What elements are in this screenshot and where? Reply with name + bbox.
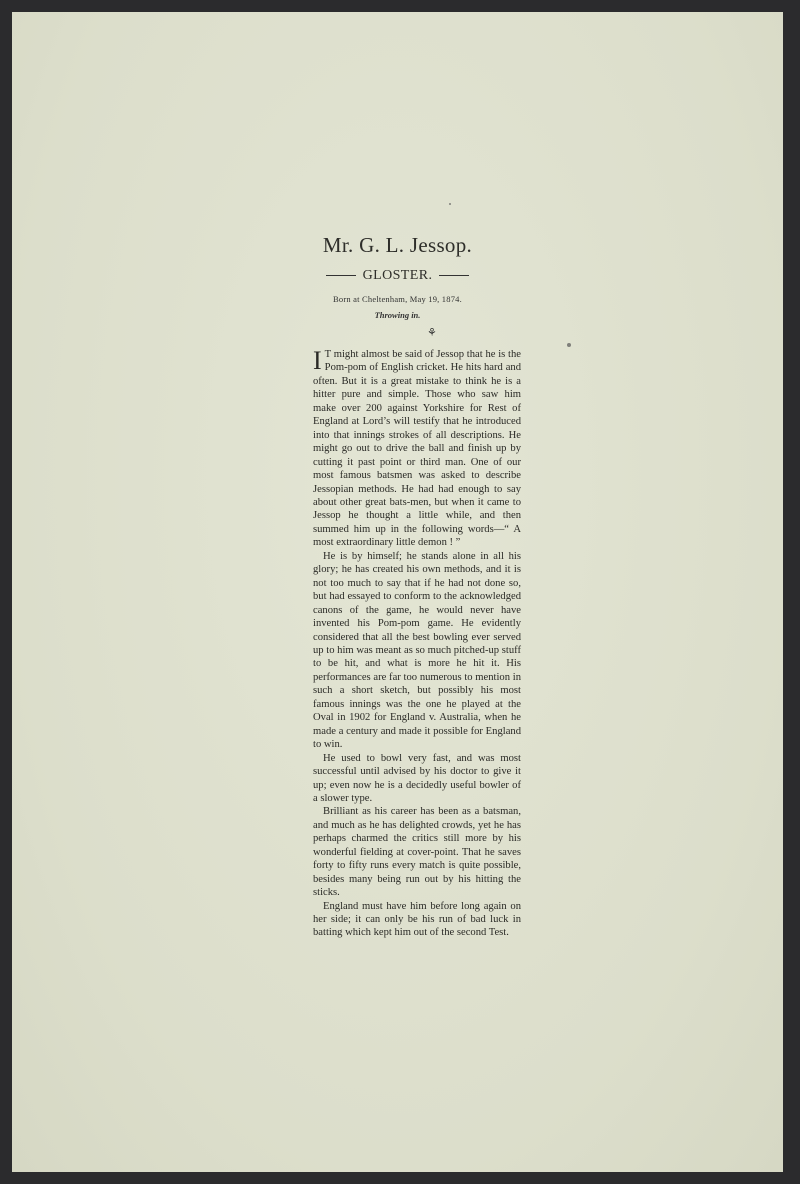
birth-info: Born at Cheltenham, May 19, 1874.	[12, 294, 783, 304]
paragraph-2: He is by himself; he stands alone in all…	[313, 550, 521, 752]
photo-caption: Throwing in.	[12, 310, 783, 320]
thistle-ornament-icon: ⚘	[427, 326, 437, 339]
paragraph-3: He used to bowl very fast, and was most …	[313, 752, 521, 806]
rule-right	[439, 275, 469, 276]
drop-cap: I	[313, 350, 322, 372]
article-body: IT might almost be said of Jessop that h…	[313, 348, 521, 940]
paragraph-text: T might almost be said of Jessop that he…	[313, 349, 521, 548]
county-label: GLOSTER.	[363, 268, 433, 283]
paragraph-1: IT might almost be said of Jessop that h…	[313, 348, 521, 550]
county-subtitle: GLOSTER.	[12, 268, 783, 284]
paragraph-4: Brilliant as his career has been as a ba…	[313, 805, 521, 899]
page-title: Mr. G. L. Jessop.	[12, 233, 783, 258]
rule-left	[326, 275, 356, 276]
paragraph-5: England must have him before long again …	[313, 900, 521, 940]
paper-page: Mr. G. L. Jessop. GLOSTER. Born at Chelt…	[12, 12, 783, 1172]
paper-speck	[449, 203, 451, 205]
paper-speck	[567, 343, 571, 347]
